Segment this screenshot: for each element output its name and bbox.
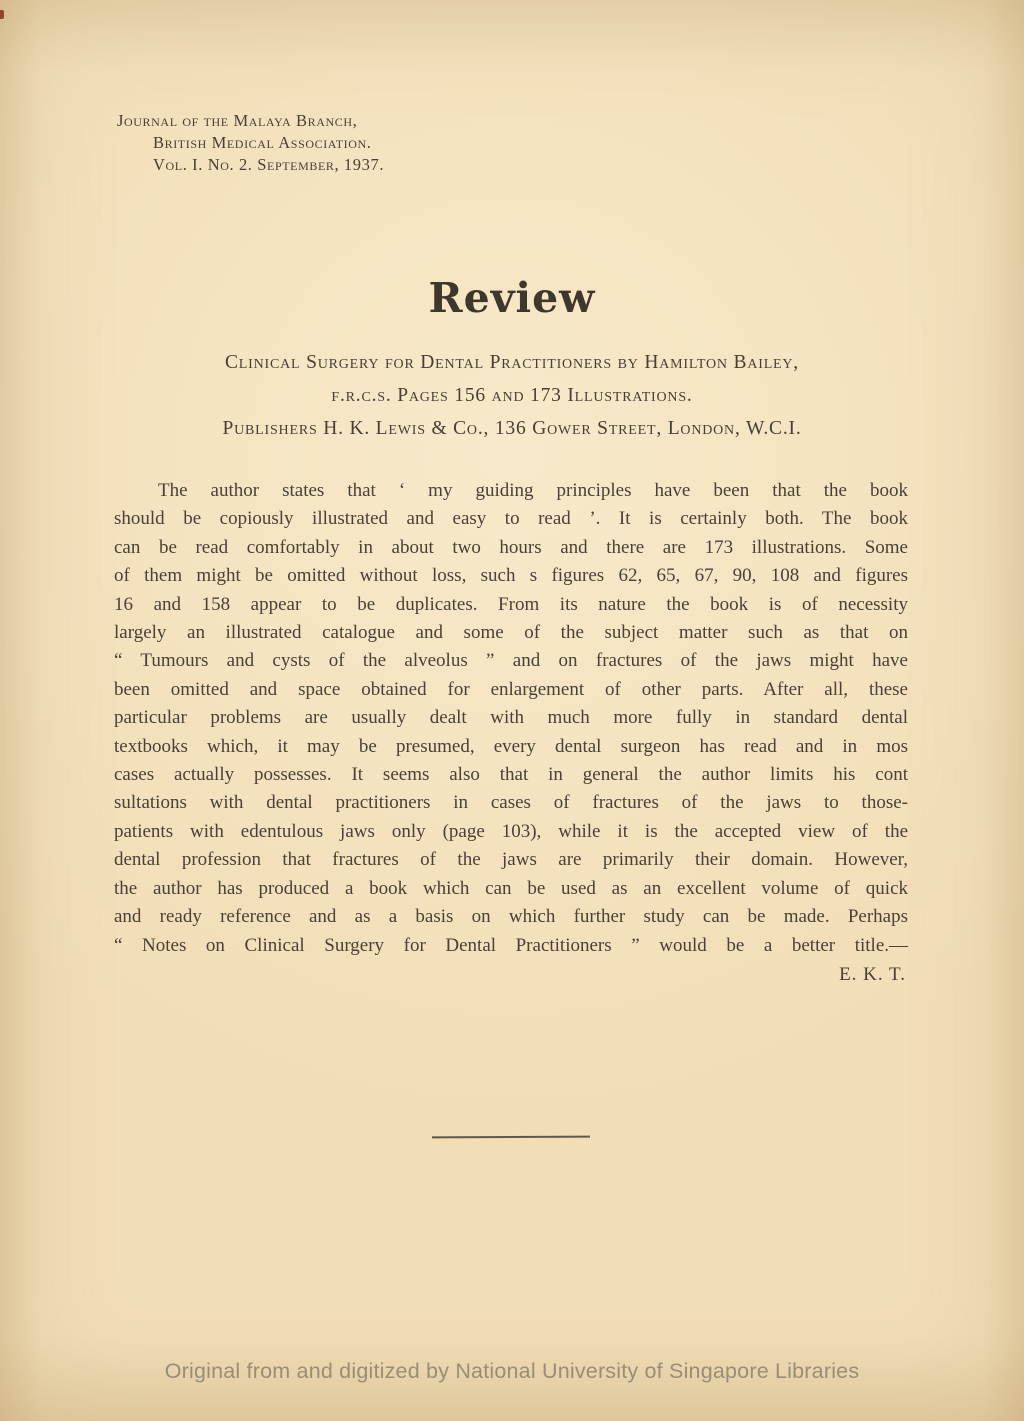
body-line: particular problems are usually dealt wi…: [114, 704, 908, 732]
section-heading-review: Review: [0, 274, 1024, 322]
digitization-credit: Original from and digitized by National …: [0, 1359, 1024, 1384]
body-line: can be read comfortably in about two hou…: [114, 534, 908, 562]
journal-name: Journal of the Malaya Branch,: [117, 110, 384, 132]
body-line: cases actually possesses. It seems also …: [114, 761, 908, 789]
book-title-pages: f.r.c.s. Pages 156 and 173 Illustrations…: [0, 385, 1024, 407]
body-line: “ Tumours and cysts of the alveolus ” an…: [114, 647, 908, 675]
body-line: the author has produced a book which can…: [114, 875, 908, 903]
book-title-authors: Clinical Surgery for Dental Practitioner…: [0, 352, 1024, 374]
book-title-publisher: Publishers H. K. Lewis & Co., 136 Gower …: [0, 418, 1024, 440]
body-line: largely an illustrated catalogue and som…: [114, 619, 908, 647]
review-body: The author states that ‘ my guiding prin…: [114, 477, 908, 989]
book-title-block: Clinical Surgery for Dental Practitioner…: [0, 352, 1024, 440]
journal-association: British Medical Association.: [117, 132, 384, 154]
scan-edge-artifact: [0, 10, 4, 19]
review-body-lines: The author states that ‘ my guiding prin…: [114, 477, 908, 960]
body-line: The author states that ‘ my guiding prin…: [114, 477, 908, 505]
body-line: and ready reference and as a basis on wh…: [114, 903, 908, 931]
journal-issue-info: Vol. I. No. 2. September, 1937.: [117, 154, 384, 176]
body-line: been omitted and space obtained for enla…: [114, 676, 908, 704]
scanned-journal-page: Journal of the Malaya Branch, British Me…: [0, 0, 1024, 1421]
reviewer-initials: E. K. T.: [114, 961, 908, 989]
body-line: sultations with dental practitioners in …: [114, 789, 908, 817]
body-line: textbooks which, it may be presumed, eve…: [114, 733, 908, 761]
body-line: should be copiously illustrated and easy…: [114, 505, 908, 533]
body-line: 16 and 158 appear to be duplicates. From…: [114, 591, 908, 619]
section-divider-rule: [432, 1136, 590, 1139]
body-line: patients with edentulous jaws only (page…: [114, 818, 908, 846]
body-line: of them might be omitted without loss, s…: [114, 562, 908, 590]
journal-masthead: Journal of the Malaya Branch, British Me…: [117, 110, 384, 176]
body-line: dental profession that fractures of the …: [114, 846, 908, 874]
body-line: “ Notes on Clinical Surgery for Dental P…: [114, 932, 908, 960]
